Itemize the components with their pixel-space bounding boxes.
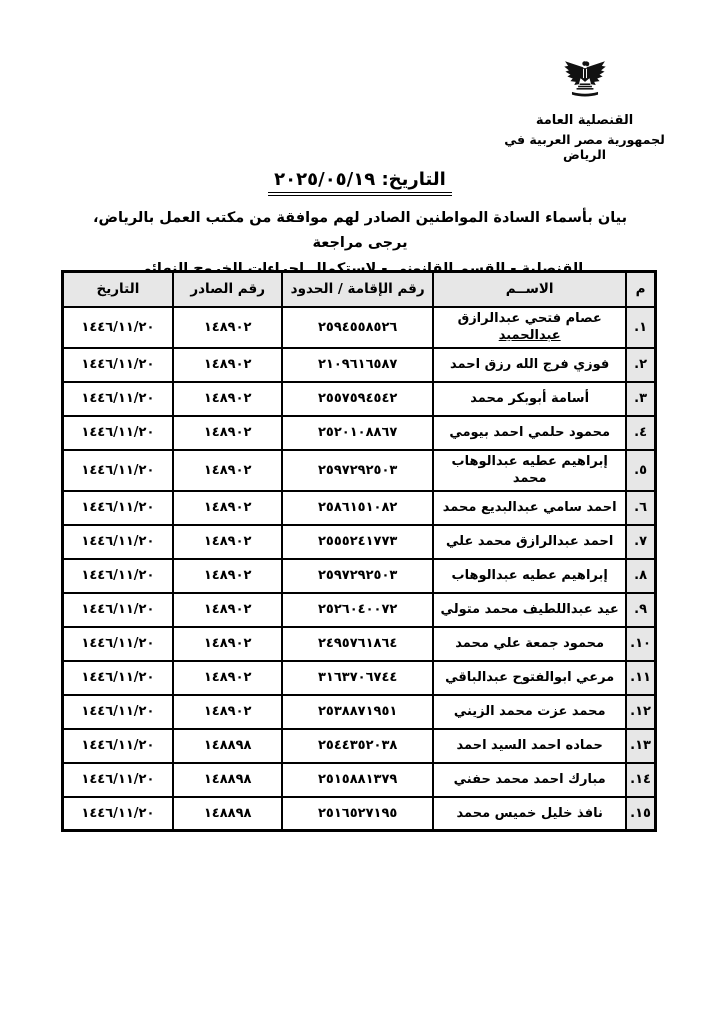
row-residence-number: ٣١٦٣٧٠٦٧٤٤ [282,661,433,695]
row-index: ١٢. [626,695,655,729]
table-row: ٦. احمد سامي عبدالبديع محمد ٢٥٨٦١٥١٠٨٢ ١… [62,491,655,525]
row-residence-number: ٢٥٨٦١٥١٠٨٢ [282,491,433,525]
row-index: ٨. [626,559,655,593]
row-residence-number: ٢٥٤٤٣٥٢٠٣٨ [282,729,433,763]
table-header-row: م الاســم رقم الإقامة / الحدود رقم الصاد… [62,272,655,307]
row-residence-number: ٢٥١٦٥٢٧١٩٥ [282,797,433,831]
row-name: مبارك احمد محمد حفني [433,763,626,797]
row-name-line1: احمد سامي عبدالبديع محمد [437,499,622,517]
table-row: ١١. مرعي ابوالفتوح عبدالباقي ٣١٦٣٧٠٦٧٤٤ … [62,661,655,695]
row-name: أسامة أبوبكر محمد [433,382,626,416]
table-row: ١٠. محمود جمعة علي محمد ٢٤٩٥٧٦١٨٦٤ ١٤٨٩٠… [62,627,655,661]
row-name: مرعي ابوالفتوح عبدالباقي [433,661,626,695]
row-index: ٣. [626,382,655,416]
row-name-line1: مبارك احمد محمد حفني [437,771,622,789]
row-index: ٧. [626,525,655,559]
row-name-line1: فوزي فرج الله رزق احمد [437,356,622,374]
row-date: ١٤٤٦/١١/٢٠ [62,525,173,559]
row-name-line1: نافذ خليل خميس محمد [437,805,622,823]
document-date: التاريخ: ٢٠٢٥/٠٥/١٩ [268,169,452,196]
row-index: ١٠. [626,627,655,661]
republic-name: لجمهورية مصر العربية في الرياض [497,132,672,162]
row-name: محمد عزت محمد الزيني [433,695,626,729]
row-name-line1: محمد عزت محمد الزيني [437,703,622,721]
row-date: ١٤٤٦/١١/٢٠ [62,661,173,695]
row-residence-number: ٢٤٩٥٧٦١٨٦٤ [282,627,433,661]
row-date: ١٤٤٦/١١/٢٠ [62,450,173,491]
row-index: ٢. [626,348,655,382]
row-issue-number: ١٤٨٩٠٢ [173,307,282,348]
egypt-coat-of-arms-icon [562,52,608,108]
date-line: التاريخ: ٢٠٢٥/٠٥/١٩ [0,169,720,196]
row-name: حماده احمد السيد احمد [433,729,626,763]
table-row: ١٤. مبارك احمد محمد حفني ٢٥١٥٨٨١٣٧٩ ١٤٨٨… [62,763,655,797]
row-index: ١٥. [626,797,655,831]
row-residence-number: ٢٥٣٨٨٧١٩٥١ [282,695,433,729]
row-index: ٦. [626,491,655,525]
row-date: ١٤٤٦/١١/٢٠ [62,729,173,763]
row-name-line1: حماده احمد السيد احمد [437,737,622,755]
row-issue-number: ١٤٨٩٠٢ [173,450,282,491]
table-row: ١. عصام فتحي عبدالرازق عبدالحميد ٢٥٩٤٥٥٨… [62,307,655,348]
row-index: ٥. [626,450,655,491]
table-row: ١٢. محمد عزت محمد الزيني ٢٥٣٨٨٧١٩٥١ ١٤٨٩… [62,695,655,729]
row-name-line2: عبدالحميد [437,327,622,345]
row-index: ٤. [626,416,655,450]
row-issue-number: ١٤٨٩٠٢ [173,695,282,729]
row-issue-number: ١٤٨٨٩٨ [173,797,282,831]
row-index: ١١. [626,661,655,695]
row-residence-number: ٢٥٩٧٢٩٢٥٠٣ [282,450,433,491]
row-issue-number: ١٤٨٩٠٢ [173,348,282,382]
row-name: احمد سامي عبدالبديع محمد [433,491,626,525]
table-row: ٣. أسامة أبوبكر محمد ٢٥٥٧٥٩٤٥٤٢ ١٤٨٩٠٢ ١… [62,382,655,416]
row-residence-number: ٢٥٩٤٥٥٨٥٢٦ [282,307,433,348]
row-residence-number: ٢٥٢٦٠٤٠٠٧٢ [282,593,433,627]
table-row: ١٣. حماده احمد السيد احمد ٢٥٤٤٣٥٢٠٣٨ ١٤٨… [62,729,655,763]
row-date: ١٤٤٦/١١/٢٠ [62,491,173,525]
header-issue-number: رقم الصادر [173,272,282,307]
notice-line-1: بيان بأسماء السادة المواطنين الصادر لهم … [93,210,627,251]
row-name: عيد عبداللطيف محمد متولي [433,593,626,627]
table-row: ٢. فوزي فرج الله رزق احمد ٢١٠٩٦١٦٥٨٧ ١٤٨… [62,348,655,382]
table-row: ٥. إبراهيم عطيه عبدالوهاب محمد ٢٥٩٧٢٩٢٥٠… [62,450,655,491]
row-index: ٩. [626,593,655,627]
row-name-line1: محمود جمعة علي محمد [437,635,622,653]
table-row: ١٥. نافذ خليل خميس محمد ٢٥١٦٥٢٧١٩٥ ١٤٨٨٩… [62,797,655,831]
row-name-line1: عصام فتحي عبدالرازق [437,310,622,328]
row-residence-number: ٢١٠٩٦١٦٥٨٧ [282,348,433,382]
header-residence-number: رقم الإقامة / الحدود [282,272,433,307]
row-name-line1: إبراهيم عطيه عبدالوهاب محمد [437,453,622,488]
row-name: محمود حلمي احمد بيومي [433,416,626,450]
consulate-name: القنصلية العامة [497,113,672,128]
row-date: ١٤٤٦/١١/٢٠ [62,348,173,382]
row-residence-number: ٢٥٢٠١٠٨٨٦٧ [282,416,433,450]
row-name: عصام فتحي عبدالرازق عبدالحميد [433,307,626,348]
row-name-line1: عيد عبداللطيف محمد متولي [437,601,622,619]
row-name-line1: أسامة أبوبكر محمد [437,390,622,408]
table-row: ٧. احمد عبدالرازق محمد علي ٢٥٥٥٢٤١٧٧٣ ١٤… [62,525,655,559]
header-name: الاســم [433,272,626,307]
row-name-line1: إبراهيم عطيه عبدالوهاب [437,567,622,585]
row-date: ١٤٤٦/١١/٢٠ [62,627,173,661]
citizens-table: م الاســم رقم الإقامة / الحدود رقم الصاد… [61,270,657,832]
row-residence-number: ٢٥٥٥٢٤١٧٧٣ [282,525,433,559]
row-name-line1: احمد عبدالرازق محمد علي [437,533,622,551]
row-name-line1: مرعي ابوالفتوح عبدالباقي [437,669,622,687]
row-name: فوزي فرج الله رزق احمد [433,348,626,382]
header-index: م [626,272,655,307]
row-date: ١٤٤٦/١١/٢٠ [62,382,173,416]
row-date: ١٤٤٦/١١/٢٠ [62,763,173,797]
row-residence-number: ٢٥٩٧٢٩٢٥٠٣ [282,559,433,593]
row-issue-number: ١٤٨٩٠٢ [173,627,282,661]
row-issue-number: ١٤٨٩٠٢ [173,525,282,559]
row-index: ١٣. [626,729,655,763]
row-issue-number: ١٤٨٩٠٢ [173,559,282,593]
row-name: إبراهيم عطيه عبدالوهاب محمد [433,450,626,491]
row-name-line1: محمود حلمي احمد بيومي [437,424,622,442]
row-index: ١. [626,307,655,348]
row-date: ١٤٤٦/١١/٢٠ [62,593,173,627]
row-index: ١٤. [626,763,655,797]
row-residence-number: ٢٥٥٧٥٩٤٥٤٢ [282,382,433,416]
row-name: محمود جمعة علي محمد [433,627,626,661]
row-date: ١٤٤٦/١١/٢٠ [62,307,173,348]
row-issue-number: ١٤٨٨٩٨ [173,763,282,797]
row-issue-number: ١٤٨٩٠٢ [173,416,282,450]
row-date: ١٤٤٦/١١/٢٠ [62,695,173,729]
table-row: ٤. محمود حلمي احمد بيومي ٢٥٢٠١٠٨٨٦٧ ١٤٨٩… [62,416,655,450]
row-date: ١٤٤٦/١١/٢٠ [62,797,173,831]
row-name: إبراهيم عطيه عبدالوهاب [433,559,626,593]
row-residence-number: ٢٥١٥٨٨١٣٧٩ [282,763,433,797]
document-page: القنصلية العامة لجمهورية مصر العربية في … [0,0,720,1018]
row-issue-number: ١٤٨٩٠٢ [173,382,282,416]
row-issue-number: ١٤٨٩٠٢ [173,491,282,525]
row-date: ١٤٤٦/١١/٢٠ [62,559,173,593]
table-row: ٩. عيد عبداللطيف محمد متولي ٢٥٢٦٠٤٠٠٧٢ ١… [62,593,655,627]
row-name: احمد عبدالرازق محمد علي [433,525,626,559]
header-date: التاريخ [62,272,173,307]
consulate-header: القنصلية العامة لجمهورية مصر العربية في … [497,52,672,162]
table-row: ٨. إبراهيم عطيه عبدالوهاب ٢٥٩٧٢٩٢٥٠٣ ١٤٨… [62,559,655,593]
row-date: ١٤٤٦/١١/٢٠ [62,416,173,450]
row-issue-number: ١٤٨٩٠٢ [173,593,282,627]
row-issue-number: ١٤٨٩٠٢ [173,661,282,695]
row-issue-number: ١٤٨٨٩٨ [173,729,282,763]
row-name: نافذ خليل خميس محمد [433,797,626,831]
